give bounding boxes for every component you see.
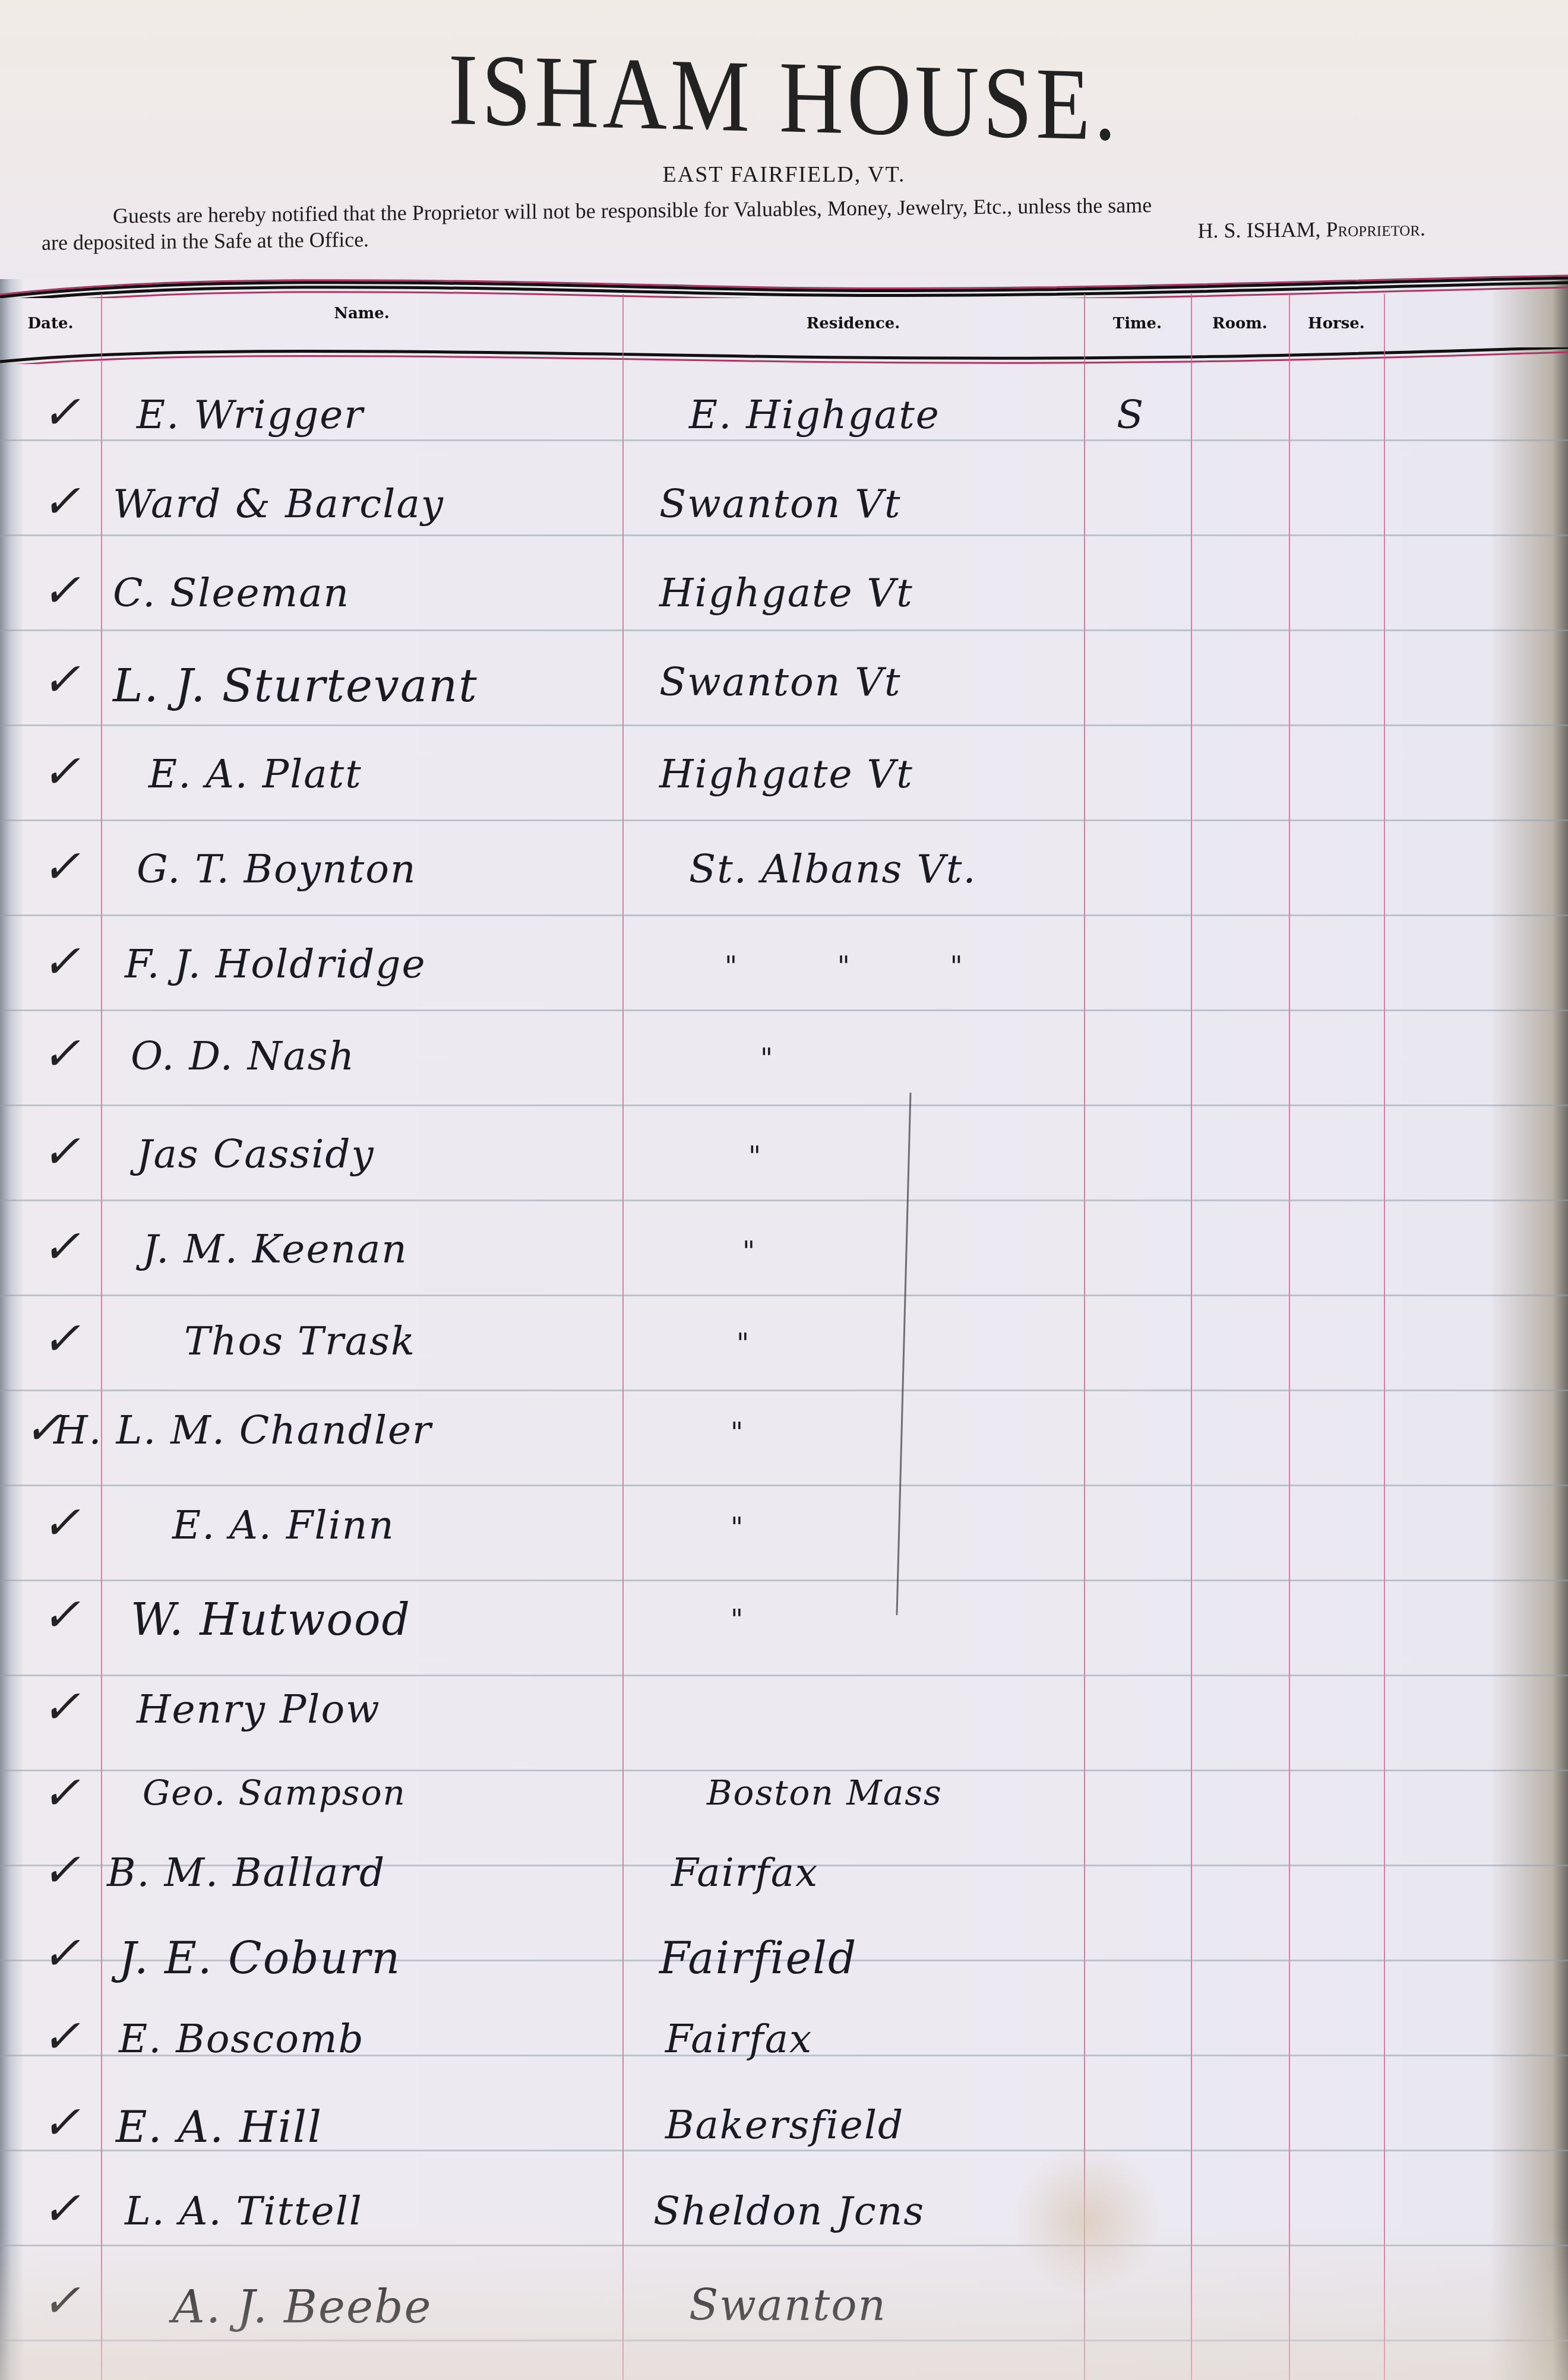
guest-residence-ditto: " — [736, 1327, 750, 1359]
page-bottom-edge — [0, 2227, 1568, 2380]
guest-residence: Bakersfield — [665, 2102, 904, 2148]
guest-name: J. M. Keenan — [143, 1226, 408, 1272]
register-entry: ✓ L. J. Sturtevant Swanton Vt — [0, 635, 1568, 724]
guest-residence-ditto: " " " — [725, 950, 964, 982]
column-header-time: Time. — [1084, 300, 1191, 347]
column-header-room: Room. — [1191, 300, 1289, 347]
guest-name: Henry Plow — [137, 1686, 381, 1732]
guest-name: E. A. Flinn — [172, 1502, 395, 1548]
guest-name: W. Hutwood — [131, 1594, 411, 1645]
arrival-time: S — [1117, 392, 1145, 438]
checkmark-icon: ✓ — [42, 935, 65, 989]
guest-name: C. Sleeman — [113, 570, 350, 616]
guest-residence-ditto: " — [742, 1235, 756, 1267]
guest-residence: Highgate Vt — [659, 751, 913, 797]
register-entry: ✓ B. M. Ballard Fairfax — [0, 1826, 1568, 1915]
register-entry: ✓ Henry Plow — [0, 1663, 1568, 1752]
register-entry: ✓ O. D. Nash " — [0, 1009, 1568, 1099]
register-entry: ✓ G. T. Boynton St. Albans Vt. — [0, 822, 1568, 912]
column-header-date: Date. — [0, 300, 101, 347]
register-entry: ✓ Jas Cassidy " — [0, 1107, 1568, 1197]
checkmark-icon: ✓ — [42, 840, 65, 894]
column-header-name: Name. — [101, 300, 622, 347]
register-entry: ✓ E. A. Hill Bakersfield — [0, 2078, 1568, 2167]
checkmark-icon: ✓ — [42, 1927, 65, 1980]
guest-name: H. L. M. Chandler — [53, 1407, 432, 1453]
guest-residence-ditto: " — [731, 1416, 744, 1448]
checkmark-icon: ✓ — [42, 745, 65, 799]
ledger-page-header: ISHAM HOUSE. EAST FAIRFIELD, VT. Guests … — [0, 0, 1568, 279]
guest-residence: Fairfield — [659, 1933, 857, 1984]
checkmark-icon: ✓ — [42, 475, 65, 528]
register-entry: ✓ E. A. Platt Highgate Vt — [0, 727, 1568, 816]
column-header-horse: Horse. — [1289, 300, 1384, 347]
proprietor-signature: H. S. ISHAM, Proprietor. — [1197, 215, 1425, 243]
guest-name: F. J. Holdridge — [125, 941, 426, 987]
register-entry: ✓ F. J. Holdridge " " " — [0, 917, 1568, 1007]
register-entry: ✓ Ward & Barclay Swanton Vt — [0, 457, 1568, 546]
checkmark-icon: ✓ — [42, 1680, 65, 1734]
register-entry: ✓ W. Hutwood " — [0, 1571, 1568, 1660]
guest-residence: Highgate Vt — [659, 570, 913, 616]
checkmark-icon: ✓ — [42, 386, 65, 439]
guest-residence: Swanton Vt — [659, 481, 902, 527]
guest-name: O. D. Nash — [131, 1033, 355, 1079]
checkmark-icon: ✓ — [42, 1767, 65, 1820]
guest-name: E. Boscomb — [119, 2016, 365, 2062]
checkmark-icon: ✓ — [42, 1220, 65, 1274]
guest-residence-ditto: " — [760, 1042, 774, 1074]
register-entry: ✓ E. Wrigger E. Highgate S — [0, 368, 1568, 457]
guest-residence: Fairfax — [671, 1850, 818, 1895]
guest-name: B. M. Ballard — [107, 1850, 385, 1895]
guest-residence-ditto: " — [731, 1511, 744, 1543]
guest-name: E. A. Hill — [116, 2102, 323, 2152]
hotel-title: ISHAM HOUSE. — [0, 20, 1568, 175]
register-entry: ✓ E. A. Flinn " — [0, 1479, 1568, 1568]
checkmark-icon: ✓ — [42, 1125, 65, 1179]
guest-residence-ditto: " — [748, 1140, 762, 1172]
notice-line-2: are deposited in the Safe at the Office. — [42, 226, 369, 256]
checkmark-icon: ✓ — [42, 1844, 65, 1897]
guest-name: L. J. Sturtevant — [113, 659, 478, 712]
register-entry: ✓ H. L. M. Chandler " — [0, 1384, 1568, 1473]
checkmark-icon: ✓ — [42, 1312, 65, 1366]
register-entry: ✓ Thos Trask " — [0, 1295, 1568, 1384]
guest-residence: Boston Mass — [707, 1773, 943, 1813]
register-entry: ✓ J. E. Coburn Fairfield — [0, 1909, 1568, 1998]
checkmark-icon: ✓ — [42, 2010, 65, 2063]
guest-name: G. T. Boynton — [137, 846, 416, 892]
guest-name: J. E. Coburn — [119, 1933, 401, 1984]
column-header-residence: Residence. — [622, 300, 1084, 347]
checkmark-icon: ✓ — [42, 1496, 65, 1550]
register-entry: ✓ Geo. Sampson Boston Mass — [0, 1749, 1568, 1838]
guest-residence: E. Highgate — [689, 392, 940, 438]
header-top-rule — [0, 274, 1568, 298]
checkmark-icon: ✓ — [42, 1027, 65, 1081]
guest-residence: Fairfax — [665, 2016, 813, 2062]
guest-name: E. A. Platt — [148, 751, 362, 797]
register-entry: ✓ C. Sleeman Highgate Vt — [0, 546, 1568, 635]
checkmark-icon: ✓ — [24, 1401, 48, 1455]
checkmark-icon: ✓ — [42, 653, 65, 707]
checkmark-icon: ✓ — [42, 2096, 65, 2150]
guest-residence: Swanton Vt — [659, 659, 902, 705]
guest-residence: St. Albans Vt. — [689, 846, 977, 892]
checkmark-icon: ✓ — [42, 1588, 65, 1642]
guest-name: Jas Cassidy — [137, 1131, 375, 1177]
guest-name: Geo. Sampson — [143, 1773, 406, 1813]
register-entry: ✓ J. M. Keenan " — [0, 1202, 1568, 1292]
guest-name: Ward & Barclay — [113, 481, 444, 527]
hotel-location: EAST FAIRFIELD, VT. — [0, 162, 1568, 188]
header-bottom-rule — [0, 347, 1568, 364]
guest-residence-ditto: " — [731, 1603, 744, 1635]
liability-notice: Guests are hereby notified that the Prop… — [42, 188, 1491, 256]
guest-name: Thos Trask — [184, 1318, 416, 1364]
register-entry: ✓ E. Boscomb Fairfax — [0, 1992, 1568, 2081]
guest-name: E. Wrigger — [137, 392, 364, 438]
checkmark-icon: ✓ — [42, 564, 65, 618]
